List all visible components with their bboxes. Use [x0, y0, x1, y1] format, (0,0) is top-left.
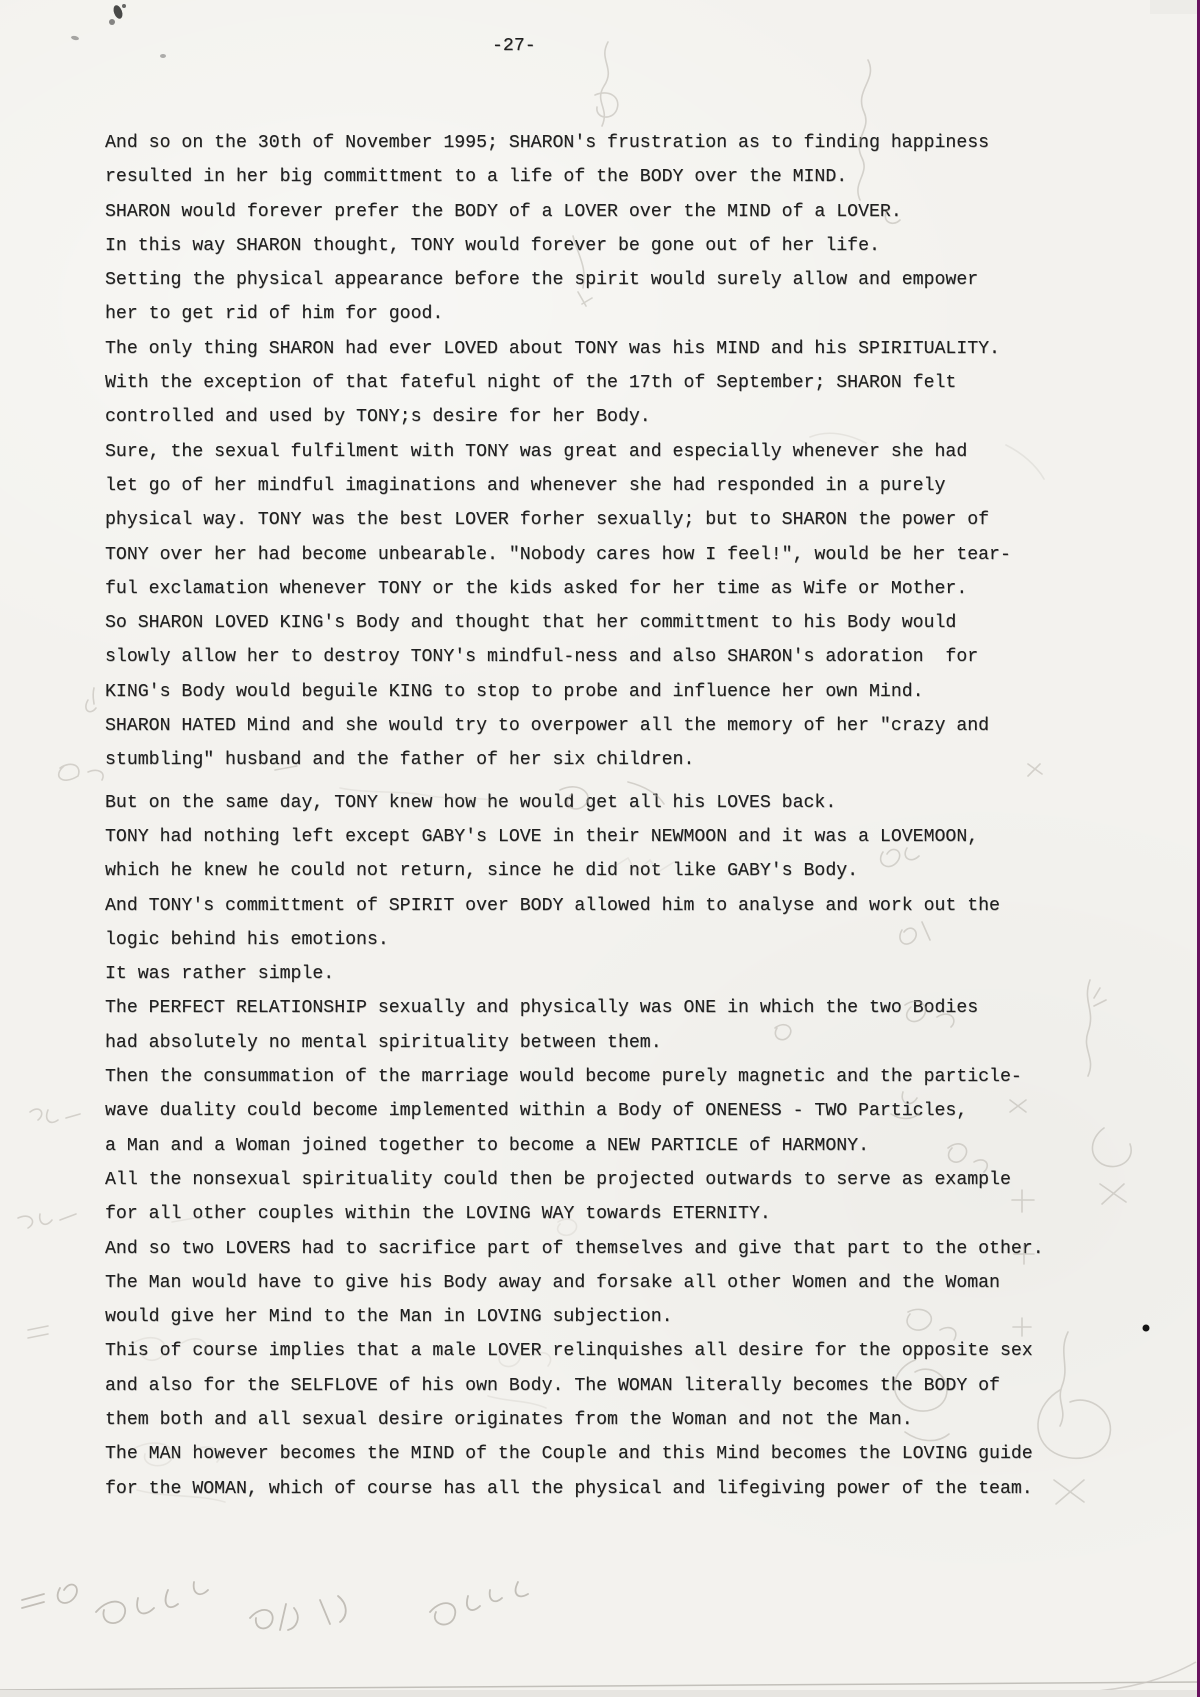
text-line: The PERFECT RELATIONSHIP sexually and ph…: [105, 991, 1170, 1025]
text-line: This of course implies that a male LOVER…: [105, 1334, 1170, 1368]
text-line: let go of her mindful imaginations and w…: [105, 469, 1170, 503]
text-line: With the exception of that fateful night…: [105, 366, 1170, 400]
text-line: It was rather simple.: [105, 957, 1170, 991]
scanned-page: -27- And so on the 30th of November 1995…: [0, 0, 1200, 1697]
text-line: and also for the SELFLOVE of his own Bod…: [105, 1369, 1170, 1403]
text-line: physical way. TONY was the best LOVER fo…: [105, 503, 1170, 537]
text-line: The only thing SHARON had ever LOVED abo…: [105, 332, 1170, 366]
text-line: ful exclamation whenever TONY or the kid…: [105, 572, 1170, 606]
text-line: a Man and a Woman joined together to bec…: [105, 1129, 1170, 1163]
text-line: would give her Mind to the Man in LOVING…: [105, 1300, 1170, 1334]
text-line: for all other couples within the LOVING …: [105, 1197, 1170, 1231]
text-line: slowly allow her to destroy TONY's mindf…: [105, 640, 1170, 674]
text-line: had absolutely no mental spirituality be…: [105, 1026, 1170, 1060]
text-line: her to get rid of him for good.: [105, 297, 1170, 331]
text-line: Then the consummation of the marriage wo…: [105, 1060, 1170, 1094]
text-line: for the WOMAN, which of course has all t…: [105, 1472, 1170, 1506]
text-line: The MAN however becomes the MIND of the …: [105, 1437, 1170, 1471]
text-line: And TONY's committment of SPIRIT over BO…: [105, 889, 1170, 923]
text-line: The Man would have to give his Body away…: [105, 1266, 1170, 1300]
text-line: resulted in her big committment to a lif…: [105, 160, 1170, 194]
text-line: All the nonsexual spirituality could the…: [105, 1163, 1170, 1197]
paragraph: And so on the 30th of November 1995; SHA…: [105, 126, 1170, 778]
paragraph: But on the same day, TONY knew how he wo…: [105, 786, 1170, 1506]
text-line: SHARON HATED Mind and she would try to o…: [105, 709, 1170, 743]
text-line: Sure, the sexual fulfilment with TONY wa…: [105, 435, 1170, 469]
text-line: logic behind his emotions.: [105, 923, 1170, 957]
text-line: wave duality could become implemented wi…: [105, 1094, 1170, 1128]
text-line: And so two LOVERS had to sacrifice part …: [105, 1232, 1170, 1266]
page-number: -27-: [492, 36, 536, 56]
text-line: stumbling" husband and the father of her…: [105, 743, 1170, 777]
text-line: But on the same day, TONY knew how he wo…: [105, 786, 1170, 820]
text-line: In this way SHARON thought, TONY would f…: [105, 229, 1170, 263]
text-line: them both and all sexual desire originat…: [105, 1403, 1170, 1437]
text-line: Setting the physical appearance before t…: [105, 263, 1170, 297]
text-line: SHARON would forever prefer the BODY of …: [105, 195, 1170, 229]
text-line: TONY over her had become unbearable. "No…: [105, 538, 1170, 572]
text-line: And so on the 30th of November 1995; SHA…: [105, 126, 1170, 160]
text-line: TONY had nothing left except GABY's LOVE…: [105, 820, 1170, 854]
text-line: controlled and used by TONY;s desire for…: [105, 400, 1170, 434]
document-text: And so on the 30th of November 1995; SHA…: [105, 126, 1170, 1506]
scan-bottom-strip: [0, 1690, 1197, 1697]
text-line: So SHARON LOVED KING's Body and thought …: [105, 606, 1170, 640]
text-line: KING's Body would beguile KING to stop t…: [105, 675, 1170, 709]
text-line: which he knew he could not return, since…: [105, 854, 1170, 888]
